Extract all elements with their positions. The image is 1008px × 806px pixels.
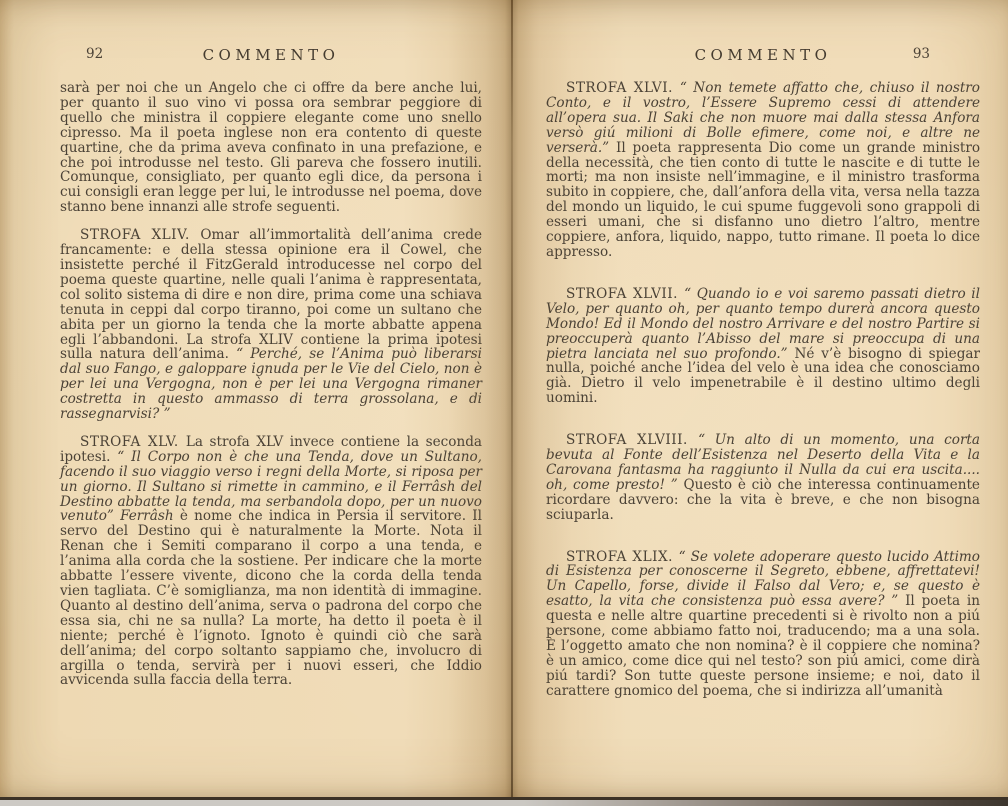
page-number-right: 93 [913, 46, 930, 62]
text-segment: sarà per noi che un Angelo che ci offre … [60, 80, 482, 215]
page-body-left: sarà per noi che un Angelo che ci offre … [60, 81, 482, 688]
running-header-left: COMMENTO [60, 46, 482, 64]
page-right: COMMENTO 93 STROFA XLVI. “ Non temete af… [508, 0, 1008, 797]
page-body-right: STROFA XLVI. “ Non temete affatto che, c… [546, 81, 980, 699]
paragraph: STROFA XLVIII. “ Un alto di un momento, … [546, 433, 980, 522]
text-segment: è nome che indica in Persia il servitore… [60, 508, 482, 688]
book-spread: 92 COMMENTO sarà per noi che un Angelo c… [0, 0, 1008, 800]
page-header-left: 92 COMMENTO [60, 46, 482, 64]
text-segment: Omar all’immortalità dell’anima crede fr… [60, 227, 482, 362]
paragraph: STROFA XLIX. “ Se volete adoperare quest… [546, 550, 980, 699]
strofa-label: STROFA XLV. [80, 434, 186, 450]
text-segment: Il poeta rappresenta Dio come un grande … [546, 140, 980, 260]
strofa-label: STROFA XLIV. [80, 227, 200, 243]
paragraph: STROFA XLIV. Omar all’immortalità dell’a… [60, 228, 482, 422]
strofa-label: STROFA XLVIII. [566, 432, 698, 448]
strofa-label: STROFA XLIX. [566, 549, 679, 565]
paragraph: STROFA XLVII. “ Quando io e voi saremo p… [546, 287, 980, 406]
text-segment: Il poeta in questa e nelle altre quartin… [546, 593, 980, 698]
page-header-right: COMMENTO 93 [546, 46, 980, 64]
strofa-label: STROFA XLVII. [566, 286, 684, 302]
scan-background-strip [0, 800, 1008, 806]
paragraph: sarà per noi che un Angelo che ci offre … [60, 81, 482, 215]
paragraph: STROFA XLV. La strofa XLV invece contien… [60, 435, 482, 688]
text-segment: Ferrâsh [120, 508, 174, 524]
book-scan: 92 COMMENTO sarà per noi che un Angelo c… [0, 0, 1008, 806]
strofa-label: STROFA XLVI. [566, 80, 680, 96]
page-left: 92 COMMENTO sarà per noi che un Angelo c… [0, 0, 504, 797]
paragraph: STROFA XLVI. “ Non temete affatto che, c… [546, 81, 980, 260]
